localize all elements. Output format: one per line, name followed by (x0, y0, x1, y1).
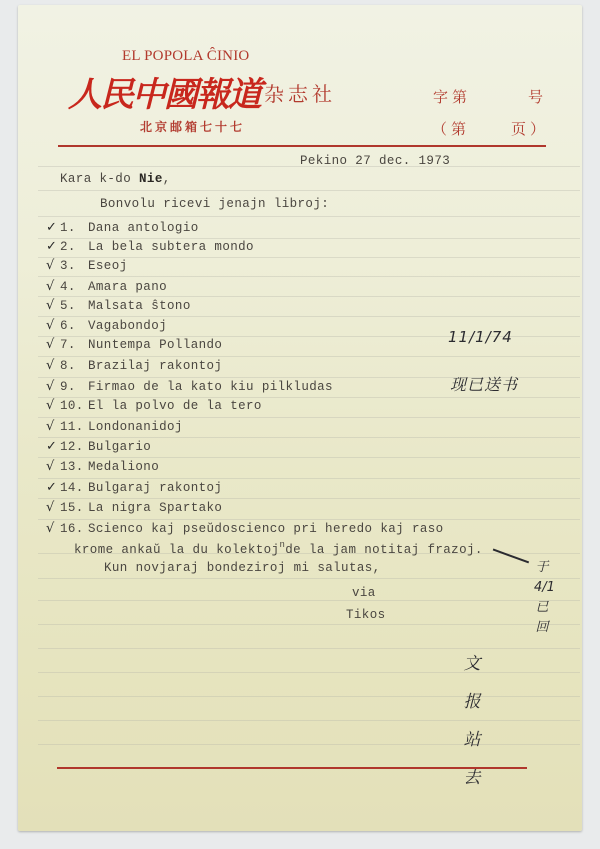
book-title: Scienco kaj pseŭdoscienco pri heredo kaj… (88, 522, 444, 536)
book-title: Medaliono (88, 460, 159, 474)
list-item: √15.La nigra Spartako (46, 500, 222, 520)
book-title: La bela subtera mondo (88, 240, 254, 254)
list-item: √8.Brazilaj rakontoj (46, 358, 222, 378)
signature-char: 报 (462, 683, 482, 721)
checkmark-icon: √ (46, 398, 60, 413)
list-item: √11.Londonanidoj (46, 419, 183, 439)
book-title: El la polvo de la tero (88, 399, 262, 413)
checkmark-icon: √ (46, 521, 60, 536)
recipient-name: Nie (139, 172, 163, 186)
handwritten-signature: 文 报 站 去 (462, 645, 482, 797)
handwritten-date: 11/1/74 (448, 328, 513, 346)
page-suffix: 页） (511, 118, 549, 139)
item-number: 1. (60, 221, 88, 235)
list-item: √5.Malsata ŝtono (46, 298, 191, 318)
list-item: √13.Medaliono (46, 459, 159, 479)
checkmark-icon: ✓ (46, 239, 60, 254)
signature-char: 文 (462, 645, 482, 683)
checkmark-icon: √ (46, 337, 60, 352)
list-item: √3.Eseoj (46, 258, 128, 278)
checkmark-icon: √ (46, 500, 60, 515)
vertical-char: 4/1 (534, 578, 550, 598)
checkmark-icon: ✓ (46, 439, 60, 454)
checkmark-icon: √ (46, 379, 60, 394)
item-number: 5. (60, 299, 88, 313)
item-number: 3. (60, 259, 88, 273)
checkmark-icon: √ (46, 318, 60, 333)
vertical-char: 已 (534, 598, 550, 618)
continuation-text-a: krome ankaŭ la du kolektoj (74, 543, 279, 557)
item-number: 15. (60, 501, 88, 515)
letter-paper (18, 5, 582, 831)
salutation: Kara k-do Nie, (60, 172, 171, 186)
continuation-line: krome ankaŭ la du kolektojnde la jam not… (74, 540, 483, 557)
book-title: Brazilaj rakontoj (88, 359, 222, 373)
salutation-suffix: , (163, 172, 171, 186)
book-title: Eseoj (88, 259, 128, 273)
list-item: √7.Nuntempa Pollando (46, 337, 222, 357)
item-number: 11. (60, 420, 88, 434)
vertical-char: 于 (534, 558, 550, 578)
book-title: Amara pano (88, 280, 167, 294)
list-item: √16.Scienco kaj pseŭdoscienco pri heredo… (46, 521, 444, 541)
book-title: Vagabondoj (88, 319, 167, 333)
item-number: 14. (60, 481, 88, 495)
checkmark-icon: ✓ (46, 480, 60, 495)
item-number: 12. (60, 440, 88, 454)
list-item: √4.Amara pano (46, 279, 167, 299)
book-title: Malsata ŝtono (88, 299, 191, 313)
checkmark-icon: √ (46, 258, 60, 273)
vertical-char: 回 (534, 618, 550, 638)
continuation-text-b: de la jam notitaj frazoj. (285, 543, 483, 557)
reference-label: 字第 (433, 86, 471, 107)
signature-char: 去 (462, 759, 482, 797)
signature-char: 站 (462, 721, 482, 759)
handwritten-note: 现已送书 (450, 372, 518, 395)
letterhead-divider (58, 145, 546, 147)
list-item: ✓12.Bulgario (46, 439, 151, 459)
item-number: 2. (60, 240, 88, 254)
checkmark-icon: √ (46, 279, 60, 294)
item-number: 13. (60, 460, 88, 474)
letterhead-title-chinese: 人民中國報道 (68, 67, 260, 116)
letterhead-address: 北京邮箱七十七 (140, 118, 245, 135)
item-number: 16. (60, 522, 88, 536)
book-title: Nuntempa Pollando (88, 338, 222, 352)
letter-date: Pekino 27 dec. 1973 (300, 154, 450, 168)
book-title: Bulgario (88, 440, 151, 454)
list-item: √6.Vagabondoj (46, 318, 167, 338)
book-title: Dana antologio (88, 221, 199, 235)
typed-signature: Tikos (346, 608, 386, 622)
checkmark-icon: √ (46, 298, 60, 313)
item-number: 6. (60, 319, 88, 333)
reference-suffix: 号 (528, 86, 543, 107)
handwritten-vertical-note: 于 4/1 已 回 (534, 558, 550, 638)
checkmark-icon: √ (46, 419, 60, 434)
item-number: 10. (60, 399, 88, 413)
checkmark-icon: ✓ (46, 220, 60, 235)
item-number: 8. (60, 359, 88, 373)
list-item: ✓1.Dana antologio (46, 220, 199, 240)
letterhead-subtitle: 杂志社 (264, 78, 336, 107)
book-title: Firmao de la kato kiu pilkludas (88, 380, 333, 394)
checkmark-icon: √ (46, 459, 60, 474)
intro-line: Bonvolu ricevi jenajn libroj: (100, 197, 329, 211)
footer-divider (57, 767, 527, 769)
closing-line: Kun novjaraj bondeziroj mi salutas, (104, 561, 381, 575)
list-item: √10.El la polvo de la tero (46, 398, 262, 418)
letterhead-title-esperanto: EL POPOLA ĈINIO (122, 48, 249, 65)
item-number: 9. (60, 380, 88, 394)
salutation-prefix: Kara k-do (60, 172, 139, 186)
checkmark-icon: √ (46, 358, 60, 373)
book-title: Bulgaraj rakontoj (88, 481, 222, 495)
book-title: Londonanidoj (88, 420, 183, 434)
list-item: √9.Firmao de la kato kiu pilkludas (46, 379, 333, 399)
list-item: ✓14.Bulgaraj rakontoj (46, 480, 222, 500)
item-number: 7. (60, 338, 88, 352)
list-item: ✓2.La bela subtera mondo (46, 239, 254, 259)
page-label: （第 (432, 118, 470, 139)
book-title: La nigra Spartako (88, 501, 222, 515)
item-number: 4. (60, 280, 88, 294)
valediction: via (352, 586, 376, 600)
